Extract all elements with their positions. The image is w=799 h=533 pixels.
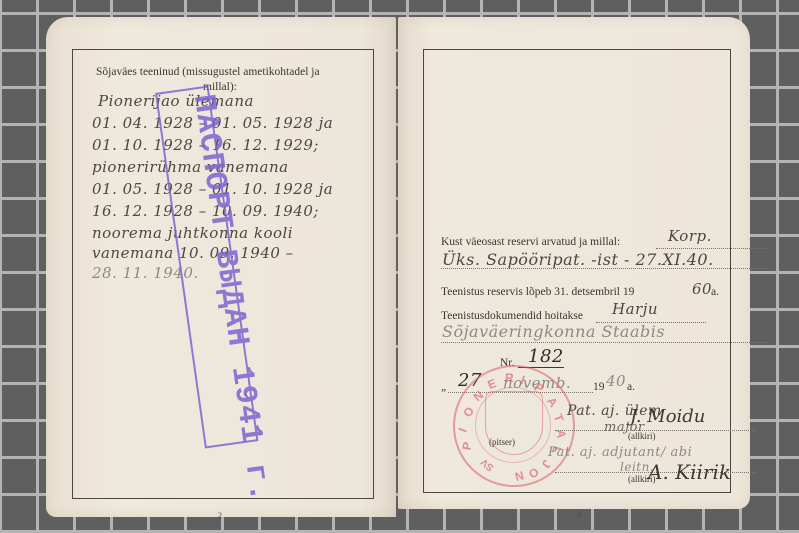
page-number-right: 3 [577,510,581,519]
documents-dots-2 [441,342,768,343]
service-heading: Sõjaväes teeninud (missugustel ametikoht… [96,66,320,78]
adjutant-title-1: Pat. aj. adjutant/ abi [548,445,692,460]
signature-label-2: (allkiri) [628,474,656,484]
seal-sub-text: SV [479,456,496,473]
nr-value: 182 [528,346,564,367]
date-open-quote: „ [441,381,446,393]
reserve-end-suffix: a. [711,286,719,298]
date-year: 40 [606,372,626,390]
adjutant-signature: A. Kiirik [648,460,731,484]
date-year-prefix: 19 [593,381,605,393]
date-suffix: a. [627,381,635,393]
commander-signature: J. Moidu [630,406,705,427]
seal-letter: I [519,373,527,387]
reserve-value-2: Üks. Sapööripat. -ist - 27.XI.40. [442,250,714,269]
seal-letter: E [486,376,499,392]
seal-letter: I [456,426,470,434]
seal-label: (pitser) [489,437,515,447]
seal-letter: P [459,441,474,451]
documents-label: Teenistusdokumendid hoitakse [441,310,583,322]
reserve-dots-1 [656,248,768,249]
seal-letter: R [505,371,514,385]
page-number-left: 2 [218,511,222,520]
reserve-end-label: Teenistus reservis lõpeb 31. detsembril … [441,286,634,298]
reserve-end-year: 60 [692,280,712,298]
reserve-label: Kust väeosast reservi arvatud ja millal: [441,236,620,248]
reserve-value-1: Korp. [668,227,712,245]
seal-letter: O [526,465,542,482]
battalion-seal: P I O N E R I P A T A L J O N SV [453,365,575,487]
seal-letter: T [551,412,567,424]
seal-letter: N [513,468,525,484]
seal-letter: A [544,394,560,409]
signature-label-1: (allkiri) [628,431,656,441]
seal-letter: O [460,404,477,420]
seal-letter: P [532,380,547,396]
documents-value-1: Harju [612,300,658,318]
documents-value-2: Sõjaväeringkonna Staabis [442,322,665,341]
